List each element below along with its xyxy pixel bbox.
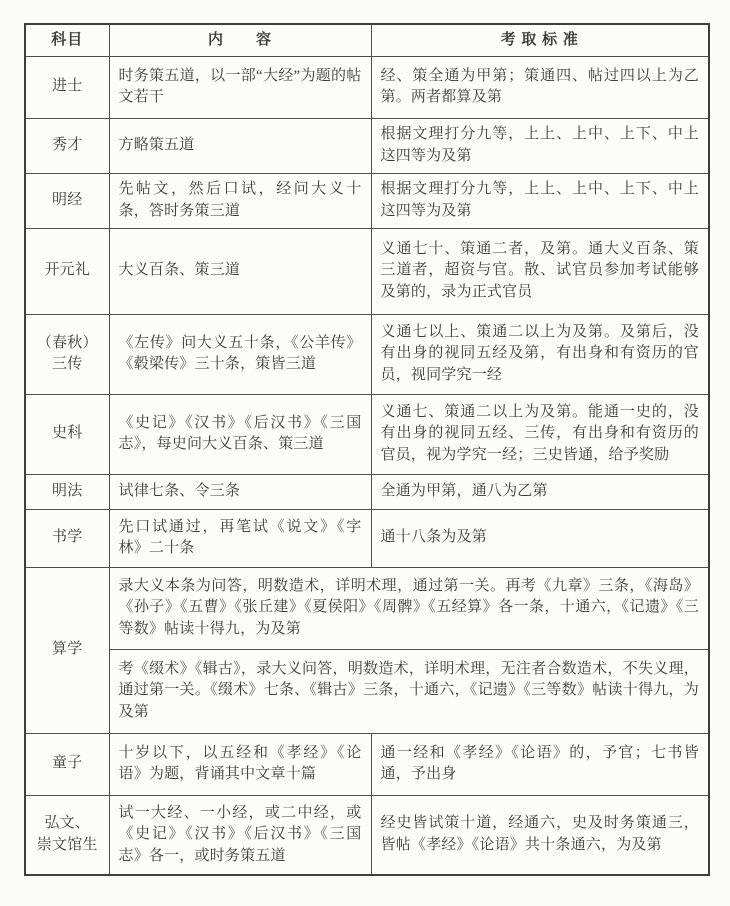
exam-subjects-table: 科目 内 容 考 取 标 准 进士 时务策五道，以一部“大经”为题的帖文若干 经…	[24, 23, 710, 876]
cell-content-merged: 考《缀术》《辑古》，录大义问答，明数造术，详明术理，无注者合数造术，不失义理，通…	[109, 649, 709, 733]
cell-standard: 全通为甲第，通八为乙第	[371, 474, 709, 509]
page: 科目 内 容 考 取 标 准 进士 时务策五道，以一部“大经”为题的帖文若干 经…	[0, 0, 730, 906]
table-row-mingjing: 明经 先帖文，然后口试，经问大义十条，答时务策三道 根据文理打分九等，上上、上中…	[25, 173, 709, 228]
cell-standard: 义通七十、策通二者，及第。通大义百条、策三道者，超资与官。散、试官员参加考试能够…	[371, 228, 709, 314]
table-row-kaiyuanli: 开元礼 大义百条、策三道 义通七十、策通二者，及第。通大义百条、策三道者，超资与…	[25, 228, 709, 314]
cell-content: 先口试通过，再笔试《说文》《字林》二十条	[109, 509, 371, 567]
cell-standard: 通十八条为及第	[371, 509, 709, 567]
table-row-xiucai: 秀才 方略策五道 根据文理打分九等，上上、上中、上下、中上这四等为及第	[25, 118, 709, 173]
cell-subject: 史科	[25, 394, 109, 474]
cell-subject: 进士	[25, 56, 109, 118]
table-row-sanzhuan: （春秋） 三传 《左传》问大义五十条，《公羊传》《毂梁传》三十条，策皆三道 义通…	[25, 314, 709, 394]
cell-content: 试一大经、一小经，或二中经，或《史记》《汉书》《后汉书》《三国志》各一，或时务策…	[109, 795, 371, 875]
table-row-hongwen-chongwen: 弘文、 崇文馆生 试一大经、一小经，或二中经，或《史记》《汉书》《后汉书》《三国…	[25, 795, 709, 875]
cell-subject: 弘文、 崇文馆生	[25, 795, 109, 875]
table-row-shuxue: 书学 先口试通过，再笔试《说文》《字林》二十条 通十八条为及第	[25, 509, 709, 567]
cell-standard: 义通七以上、策通二以上为及第。及第后，没有出身的视同五经及第，有出身和有资历的官…	[371, 314, 709, 394]
cell-content: 《左传》问大义五十条，《公羊传》《毂梁传》三十条，策皆三道	[109, 314, 371, 394]
cell-content: 方略策五道	[109, 118, 371, 173]
cell-content: 十岁以下，以五经和《孝经》《论语》为题，背诵其中文章十篇	[109, 733, 371, 795]
table-row-suanxue-part2: 考《缀术》《辑古》，录大义问答，明数造术，详明术理，无注者合数造术，不失义理，通…	[25, 649, 709, 733]
table-row-jinshi: 进士 时务策五道，以一部“大经”为题的帖文若干 经、策全通为甲第；策通四、帖过四…	[25, 56, 709, 118]
cell-content: 先帖文，然后口试，经问大义十条，答时务策三道	[109, 173, 371, 228]
table-row-tongzi: 童子 十岁以下，以五经和《孝经》《论语》为题，背诵其中文章十篇 通一经和《孝经》…	[25, 733, 709, 795]
cell-subject: 秀才	[25, 118, 109, 173]
cell-content-merged: 录大义本条为问答，明数造术，详明术理，通过第一关。再考《九章》三条，《海岛》《孙…	[109, 567, 709, 649]
cell-content: 时务策五道，以一部“大经”为题的帖文若干	[109, 56, 371, 118]
cell-subject: 算学	[25, 567, 109, 733]
cell-subject: 童子	[25, 733, 109, 795]
cell-standard: 义通七、策通二以上为及第。能通一史的，没有出身的视同五经、三传，有出身和有资历的…	[371, 394, 709, 474]
cell-content: 《史记》《汉书》《后汉书》《三国志》，每史问大义百条、策三道	[109, 394, 371, 474]
cell-standard: 根据文理打分九等，上上、上中、上下、中上这四等为及第	[371, 118, 709, 173]
cell-standard: 经、策全通为甲第；策通四、帖过四以上为乙第。两者都算及第	[371, 56, 709, 118]
column-header-content: 内 容	[109, 24, 371, 56]
cell-subject: 开元礼	[25, 228, 109, 314]
cell-content: 试律七条、令三条	[109, 474, 371, 509]
column-header-standard: 考 取 标 准	[371, 24, 709, 56]
cell-content: 大义百条、策三道	[109, 228, 371, 314]
cell-subject: 明法	[25, 474, 109, 509]
table-row-shike: 史科 《史记》《汉书》《后汉书》《三国志》，每史问大义百条、策三道 义通七、策通…	[25, 394, 709, 474]
table-row-mingfa: 明法 试律七条、令三条 全通为甲第，通八为乙第	[25, 474, 709, 509]
table-row-suanxue-part1: 算学 录大义本条为问答，明数造术，详明术理，通过第一关。再考《九章》三条，《海岛…	[25, 567, 709, 649]
cell-standard: 根据文理打分九等，上上、上中、上下、中上这四等为及第	[371, 173, 709, 228]
cell-subject: （春秋） 三传	[25, 314, 109, 394]
cell-standard: 通一经和《孝经》《论语》的，予官；七书皆通，予出身	[371, 733, 709, 795]
header-row: 科目 内 容 考 取 标 准	[25, 24, 709, 56]
column-header-subject: 科目	[25, 24, 109, 56]
cell-subject: 书学	[25, 509, 109, 567]
cell-standard: 经史皆试策十道，经通六，史及时务策通三，皆帖《孝经》《论语》共十条通六，为及第	[371, 795, 709, 875]
cell-subject: 明经	[25, 173, 109, 228]
